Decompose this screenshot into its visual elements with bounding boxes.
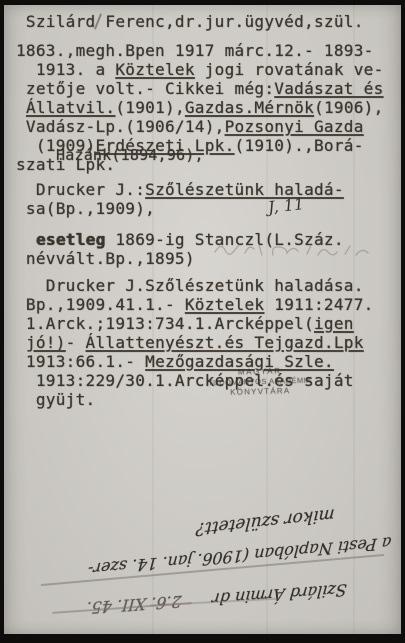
text-segment: 1.Arck.;1913:734.1.Arcképpel( [16, 314, 314, 333]
journal-title: Pozsonyi Gazda [225, 117, 364, 136]
typed-line-with-insert: Hazánk(1894,96),szati Lpk. [16, 155, 396, 174]
dates-line: 1863.,megh.Bpen 1917 márc.12.- 1893- [16, 41, 374, 60]
text-segment: (1906), [314, 98, 384, 117]
journal-title: Köztelek [185, 295, 264, 314]
overstruck-word: esetleg [36, 230, 106, 249]
emphasized-word: jó!) [26, 333, 66, 352]
text-segment [16, 230, 36, 249]
typed-line: Drucker J.Szőlészetünk haladása. [16, 276, 396, 295]
text-segment: 1913. a [16, 60, 115, 79]
text-segment [16, 98, 26, 117]
text-segment: zetője volt.- Cikkei még: [16, 79, 274, 98]
book-title: Szőlészetünk haladá- [145, 180, 344, 199]
reference-line: Drucker J.Szőlészetünk haladása. [16, 276, 364, 295]
handwriting-gap [181, 590, 213, 611]
library-stamp: MAGYAR TUDOMÁNYOS AKADÉMIA KÖNYVTÁRA [202, 365, 319, 398]
journal-title: Állattenyészt.és Tejgazd.Lpk [86, 333, 364, 352]
text-segment: Vadász-Lp.(1906/14), [16, 117, 225, 136]
text-segment: (1910)., [235, 136, 314, 155]
typed-insertion: Hazánk(1894,96), [56, 146, 204, 165]
typed-line: jó!)- Állattenyészt.és Tejgazd.Lpk [16, 333, 396, 352]
text-segment: Bp.,1909.41.1.- [16, 295, 185, 314]
typed-line: 1.Arck.;1913:734.1.Arcképpel(igen [16, 314, 396, 333]
typed-line: 1863.,megh.Bpen 1917 márc.12.- 1893- [16, 41, 396, 60]
typed-line: 1913. a Köztelek jogi rovatának ve- [16, 60, 396, 79]
text-segment: névvált.Bp.,1895) [16, 249, 195, 268]
text-segment [16, 333, 26, 352]
text-segment: 1911:2477. [264, 295, 373, 314]
text-segment: sa(Bp.,1909), [16, 199, 155, 218]
journal-title: Állatvil. [26, 98, 115, 117]
text-segment: Drucker J.: [16, 180, 145, 199]
typed-text-block: Szilárd Ferenc,dr.jur.ügyvéd,szül. 1863.… [16, 12, 396, 409]
typed-line: Vadász-Lp.(1906/14),Pozsonyi Gazda [16, 117, 396, 136]
handwritten-ink-note: J, 11 [267, 194, 305, 217]
scanned-catalog-card-photo: Szilárd Ferenc,dr.jur.ügyvéd,szül. 1863.… [0, 0, 405, 643]
text-segment: (1901), [115, 98, 185, 117]
pencil-scribble [212, 238, 392, 262]
typed-line: Bp.,1909.41.1.- Köztelek 1911:2477. [16, 295, 396, 314]
typed-line: Drucker J.:Szőlészetünk haladá- [16, 180, 396, 199]
journal-title: Köztelek [115, 60, 194, 79]
person-name-line: Szilárd Ferenc,dr.jur.ügyvéd,szül. [16, 12, 364, 31]
text-segment: - [66, 333, 86, 352]
journal-title: Gazdas.Mérnök [185, 98, 314, 117]
text-segment: 1913:66.1.- [16, 352, 145, 371]
typed-line-name: Szilárd Ferenc,dr.jur.ügyvéd,szül. [16, 12, 396, 31]
text-segment: Borá- [314, 136, 364, 155]
typed-line: Állatvil.(1901),Gazdas.Mérnök(1906), [16, 98, 396, 117]
text-segment: jogi rovatának ve- [195, 60, 384, 79]
journal-title: Vadászat és [274, 79, 383, 98]
typed-line: sa(Bp.,1909), [16, 199, 396, 218]
typed-line: zetője volt.- Cikkei még:Vadászat és [16, 79, 396, 98]
emphasized-word: igen [314, 314, 354, 333]
text-segment: gyüjt. [16, 390, 95, 409]
